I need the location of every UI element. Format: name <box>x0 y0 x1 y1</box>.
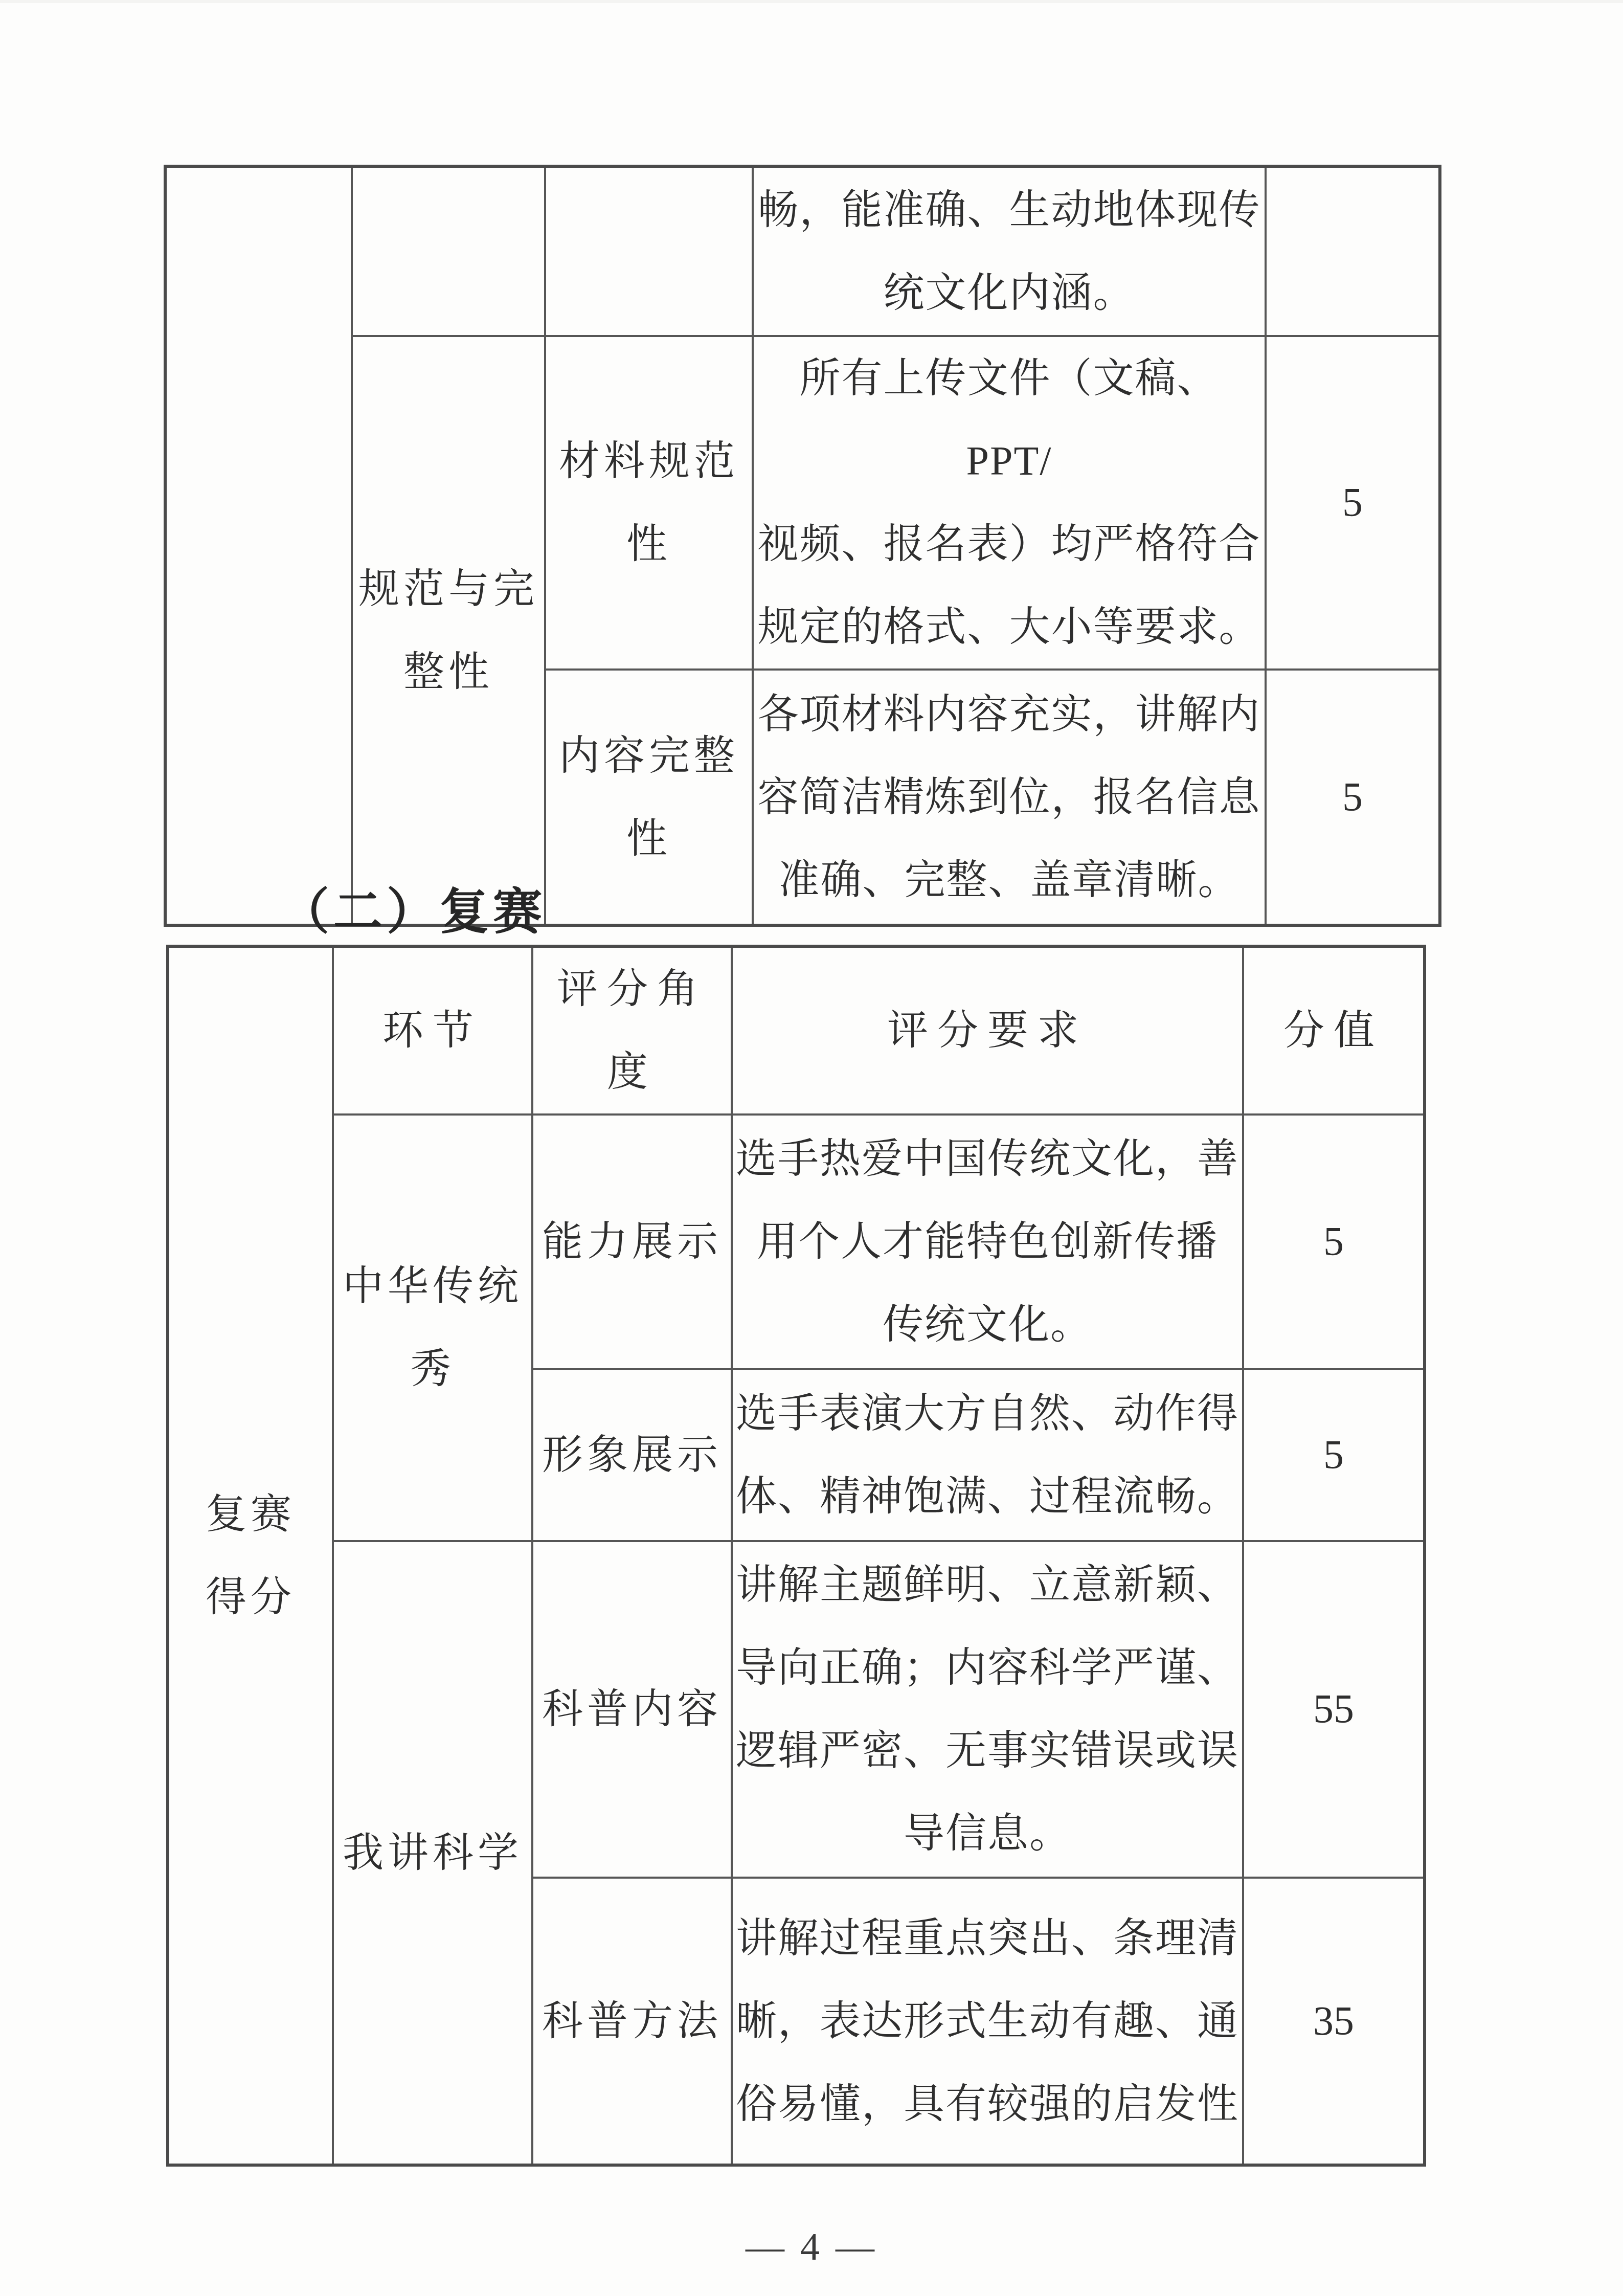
preliminary-rubric-table: 畅，能准确、生动地体现传 统文化内涵。 规范与完 整性 材料规范 性 所有上传文… <box>164 165 1441 927</box>
header-requirement: 评分要求 <box>732 946 1243 1114</box>
scan-artifact-strip <box>0 0 1623 3</box>
score-cell: 5 <box>1266 670 1440 925</box>
table-row: 中华传统 秀 能力展示 选手热爱中国传统文化，善 用个人才能特色创新传播 传统文… <box>168 1114 1425 1369</box>
table-header-row: 复赛 得分 环节 评分角度 评分要求 分值 <box>168 946 1425 1114</box>
angle-column-empty-cell <box>545 166 753 336</box>
requirement-cell: 畅，能准确、生动地体现传 统文化内涵。 <box>753 166 1266 336</box>
score-cell: 5 <box>1266 336 1440 670</box>
semifinal-rubric-table: 复赛 得分 环节 评分角度 评分要求 分值 中华传统 秀 能力展示 选手热爱中国… <box>166 945 1426 2167</box>
angle-cell: 材料规范 性 <box>545 336 753 670</box>
header-stage: 环节 <box>333 946 532 1114</box>
requirement-cell: 所有上传文件（文稿、PPT/ 视频、报名表）均严格符合 规定的格式、大小等要求。 <box>753 336 1266 670</box>
stage-label-cell: 中华传统 秀 <box>333 1114 532 1541</box>
requirement-cell: 各项材料内容充实，讲解内 容简洁精炼到位，报名信息 准确、完整、盖章清晰。 <box>753 670 1266 925</box>
group-column-empty-cell <box>352 166 545 336</box>
score-cell: 55 <box>1243 1541 1425 1878</box>
table-row: 畅，能准确、生动地体现传 统文化内涵。 <box>165 166 1440 336</box>
header-angle: 评分角度 <box>532 946 732 1114</box>
side-label-cell: 复赛 得分 <box>168 946 333 2165</box>
table-row: 规范与完 整性 材料规范 性 所有上传文件（文稿、PPT/ 视频、报名表）均严格… <box>165 336 1440 670</box>
angle-cell: 内容完整 性 <box>545 670 753 925</box>
group-label-cell: 规范与完 整性 <box>352 336 545 925</box>
page-number: — 4 — <box>0 2225 1623 2269</box>
score-cell-empty <box>1266 166 1440 336</box>
angle-cell: 能力展示 <box>532 1114 732 1369</box>
section-heading: （二）复赛 <box>280 873 546 943</box>
requirement-cell: 选手表演大方自然、动作得 体、精神饱满、过程流畅。 <box>732 1369 1243 1541</box>
angle-cell: 科普内容 <box>532 1541 732 1878</box>
requirement-cell: 讲解过程重点突出、条理清 晰，表达形式生动有趣、通 俗易懂，具有较强的启发性 <box>732 1878 1243 2165</box>
score-cell: 35 <box>1243 1878 1425 2165</box>
score-cell: 5 <box>1243 1369 1425 1541</box>
stage-column-empty-cell <box>165 166 352 925</box>
table-row: 我讲科学 科普内容 讲解主题鲜明、立意新颖、 导向正确；内容科学严谨、 逻辑严密… <box>168 1541 1425 1878</box>
score-cell: 5 <box>1243 1114 1425 1369</box>
requirement-cell: 讲解主题鲜明、立意新颖、 导向正确；内容科学严谨、 逻辑严密、无事实错误或误 导… <box>732 1541 1243 1878</box>
header-score: 分值 <box>1243 946 1425 1114</box>
angle-cell: 科普方法 <box>532 1878 732 2165</box>
angle-cell: 形象展示 <box>532 1369 732 1541</box>
requirement-cell: 选手热爱中国传统文化，善 用个人才能特色创新传播 传统文化。 <box>732 1114 1243 1369</box>
stage-label-cell: 我讲科学 <box>333 1541 532 2165</box>
